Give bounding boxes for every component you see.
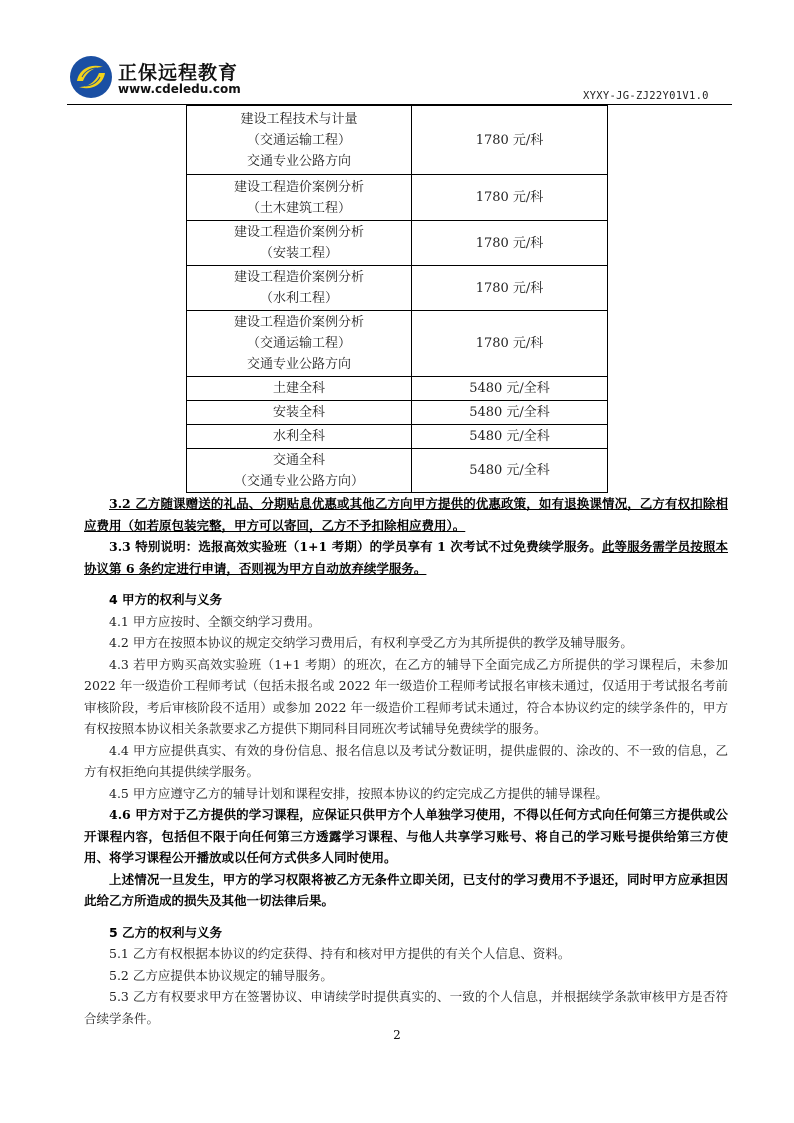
- course-cell: 水利全科: [187, 425, 412, 449]
- agreement-body: 3.2 乙方随课赠送的礼品、分期贴息优惠或其他乙方向甲方提供的优惠政策，如有退换…: [84, 493, 728, 1029]
- clause-4-6: 4.6 甲方对于乙方提供的学习课程，应保证只供甲方个人单独学习使用，不得以任何方…: [84, 804, 728, 869]
- page-header: 正保远程教育 www.cdeledu.com XYXY-JG-ZJ22Y01V1…: [0, 0, 794, 110]
- table-row: 交通全科（交通专业公路方向） 5480 元/全科: [187, 449, 608, 493]
- section-5-title: 5 乙方的权利与义务: [84, 922, 728, 944]
- table-row: 安装全科 5480 元/全科: [187, 401, 608, 425]
- clause-4-1: 4.1 甲方应按时、全额交纳学习费用。: [84, 611, 728, 633]
- table-row: 建设工程造价案例分析（水利工程） 1780 元/科: [187, 266, 608, 311]
- brand-url: www.cdeledu.com: [118, 82, 241, 96]
- clause-3-3: 3.3 特别说明：选报高效实验班（1+1 考期）的学员享有 1 次考试不过免费续…: [84, 536, 728, 579]
- clause-4-4: 4.4 甲方应提供真实、有效的身份信息、报名信息以及考试分数证明，提供虚假的、涂…: [84, 740, 728, 783]
- course-cell: 建设工程造价案例分析（交通运输工程）交通专业公路方向: [187, 311, 412, 377]
- course-cell: 建设工程技术与计量（交通运输工程）交通专业公路方向: [187, 106, 412, 175]
- table-row: 建设工程技术与计量（交通运输工程）交通专业公路方向 1780 元/科: [187, 106, 608, 175]
- page-number: 2: [0, 1028, 794, 1042]
- price-cell: 1780 元/科: [412, 221, 608, 266]
- price-cell: 1780 元/科: [412, 175, 608, 221]
- price-cell: 5480 元/全科: [412, 401, 608, 425]
- table-row: 建设工程造价案例分析（土木建筑工程） 1780 元/科: [187, 175, 608, 221]
- table-row: 建设工程造价案例分析（安装工程） 1780 元/科: [187, 221, 608, 266]
- price-table: 建设工程技术与计量（交通运输工程）交通专业公路方向 1780 元/科 建设工程造…: [186, 105, 608, 493]
- clause-4-5: 4.5 甲方应遵守乙方的辅导计划和课程安排，按照本协议的约定完成乙方提供的辅导课…: [84, 783, 728, 805]
- course-cell: 土建全科: [187, 377, 412, 401]
- section-4-title: 4 甲方的权利与义务: [84, 589, 728, 611]
- course-cell: 建设工程造价案例分析（土木建筑工程）: [187, 175, 412, 221]
- course-cell: 建设工程造价案例分析（水利工程）: [187, 266, 412, 311]
- price-cell: 1780 元/科: [412, 106, 608, 175]
- clause-5-3: 5.3 乙方有权要求甲方在签署协议、申请续学时提供真实的、一致的个人信息，并根据…: [84, 986, 728, 1029]
- table-row: 水利全科 5480 元/全科: [187, 425, 608, 449]
- table-row: 建设工程造价案例分析（交通运输工程）交通专业公路方向 1780 元/科: [187, 311, 608, 377]
- brand-name: 正保远程教育: [118, 58, 238, 85]
- course-cell: 交通全科（交通专业公路方向）: [187, 449, 412, 493]
- course-cell: 安装全科: [187, 401, 412, 425]
- document-code: XYXY-JG-ZJ22Y01V1.0: [583, 90, 709, 102]
- course-cell: 建设工程造价案例分析（安装工程）: [187, 221, 412, 266]
- clause-4-2: 4.2 甲方在按照本协议的规定交纳学习费用后，有权利享受乙方为其所提供的教学及辅…: [84, 632, 728, 654]
- price-cell: 1780 元/科: [412, 311, 608, 377]
- price-cell: 1780 元/科: [412, 266, 608, 311]
- clause-5-1: 5.1 乙方有权根据本协议的约定获得、持有和核对甲方提供的有关个人信息、资料。: [84, 943, 728, 965]
- price-cell: 5480 元/全科: [412, 377, 608, 401]
- clause-4-3: 4.3 若甲方购买高效实验班（1+1 考期）的班次，在乙方的辅导下全面完成乙方所…: [84, 654, 728, 740]
- price-cell: 5480 元/全科: [412, 449, 608, 493]
- price-cell: 5480 元/全科: [412, 425, 608, 449]
- clause-3-2: 3.2 乙方随课赠送的礼品、分期贴息优惠或其他乙方向甲方提供的优惠政策，如有退换…: [84, 493, 728, 536]
- table-row: 土建全科 5480 元/全科: [187, 377, 608, 401]
- clause-5-2: 5.2 乙方应提供本协议规定的辅导服务。: [84, 965, 728, 987]
- clause-4-6-note: 上述情况一旦发生，甲方的学习权限将被乙方无条件立即关闭，已支付的学习费用不予退还…: [84, 869, 728, 912]
- cdeledu-logo-icon: [69, 55, 113, 99]
